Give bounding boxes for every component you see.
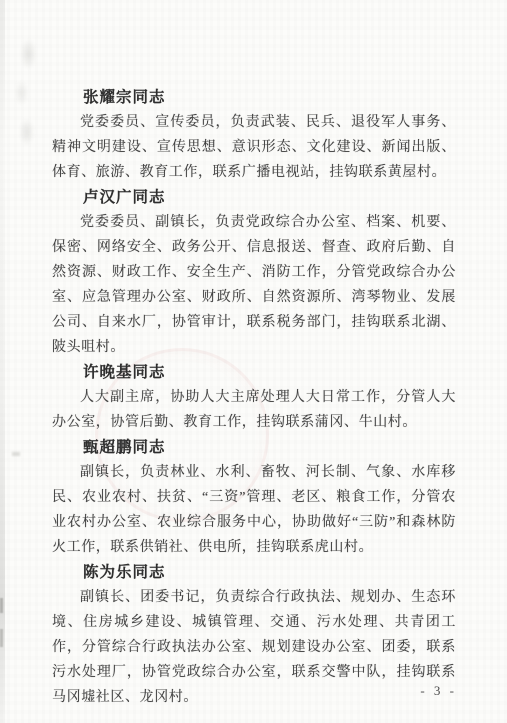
document-body: 张耀宗同志 党委委员、宣传委员，负责武装、民兵、退役军人事务、精神文明建设、宣传… <box>52 85 456 710</box>
official-name-zhen-chaopeng: 甄超鹏同志 <box>52 435 456 460</box>
page-number: - 3 - <box>420 683 457 699</box>
scan-mark-artifact <box>0 629 3 647</box>
scanned-document-page: 张耀宗同志 党委委员、宣传委员，负责武装、民兵、退役军人事务、精神文明建设、宣传… <box>0 0 507 723</box>
official-name-zhang-yaozong: 张耀宗同志 <box>52 85 456 110</box>
official-duties-lu-hanguang: 党委委员、副镇长，负责党政综合办公室、档案、机要、保密、网络安全、政务公开、信息… <box>52 210 456 360</box>
official-name-chen-weile: 陈为乐同志 <box>52 560 456 585</box>
official-duties-chen-weile: 副镇长、团委书记，负责综合行政执法、规划办、生态环境、住房城乡建设、城镇管理、交… <box>52 585 456 710</box>
official-name-lu-hanguang: 卢汉广同志 <box>52 185 456 210</box>
scan-blotch-artifact <box>8 28 42 158</box>
official-duties-zhen-chaopeng: 副镇长，负责林业、水利、畜牧、河长制、气象、水库移民、农业农村、扶贫、“三资”管… <box>52 460 456 560</box>
official-duties-xu-wanji: 人大副主席，协助人大主席处理人大日常工作，分管人大办公室，协管后勤、教育工作，挂… <box>52 385 456 435</box>
official-duties-zhang-yaozong: 党委委员、宣传委员，负责武装、民兵、退役军人事务、精神文明建设、宣传思想、意识形… <box>52 110 456 185</box>
scan-mark-artifact <box>0 598 3 613</box>
scan-edge-artifact <box>0 0 5 723</box>
official-name-xu-wanji: 许晚基同志 <box>52 360 456 385</box>
scan-mark-artifact <box>12 452 20 456</box>
